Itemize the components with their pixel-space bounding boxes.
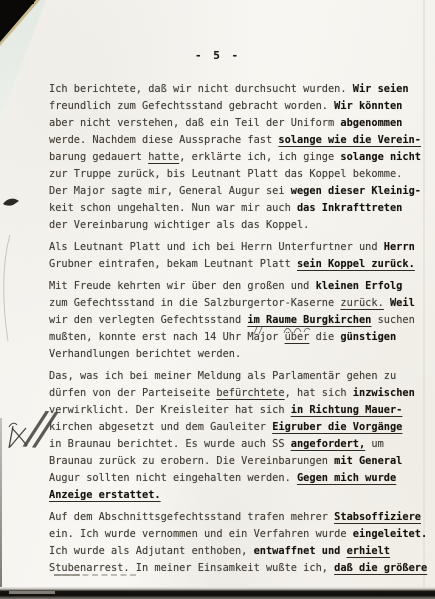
text-line: dürfen von der Parteiseite befürchtete, … xyxy=(49,385,427,402)
scan-left-crease-line xyxy=(0,233,14,343)
text-line: Grubner eintrafen, bekam Leutnant Platt … xyxy=(49,256,427,273)
text-line: zur Truppe zurück, bis Leutnant Platt da… xyxy=(49,166,427,183)
paragraph: Das, was ich bei meiner Meldung als Parl… xyxy=(49,368,427,504)
text-segment: wegen dieser Kleinig- xyxy=(291,185,421,197)
text-segment: barung gedauert xyxy=(49,151,148,163)
text-line: Ich wurde als Adjutant enthoben, entwaff… xyxy=(49,543,427,560)
text-segment: Eigruber die Vorgänge xyxy=(272,421,402,433)
text-block: Ich berichtete, daß wir nicht durchsucht… xyxy=(49,81,427,582)
text-line: kirchen abgesetzt und dem Gauleiter Eigr… xyxy=(49,419,427,436)
text-segment: dürfen von der Parteiseite xyxy=(49,387,216,399)
text-line: Verhandlungen berichtet werden. xyxy=(49,346,427,363)
text-segment: werde. Nachdem diese Aussprache fast xyxy=(49,134,278,146)
paragraph: Mit Freude kehrten wir über den großen u… xyxy=(49,278,427,363)
text-segment: , erklärte ich, ich ginge xyxy=(179,151,340,163)
text-segment: angefordert, xyxy=(291,438,365,450)
text-line: Das, was ich bei meiner Meldung als Parl… xyxy=(49,368,427,385)
text-segment: Stubenarrest. In meiner Einsamkeit wußte… xyxy=(49,562,334,574)
text-line: wir den verlegten Gefechtsstand im Raume… xyxy=(49,312,427,329)
scan-bottom-edge-band xyxy=(0,587,435,599)
text-line: der Vereinbarung wichtiger als das Koppe… xyxy=(49,217,427,234)
text-line: Der Major sagte mir, General Augur sei w… xyxy=(49,183,427,200)
text-segment: Anzeige erstattet. xyxy=(49,489,161,501)
text-segment: Mit Freude kehrten wir über den großen u… xyxy=(49,280,316,292)
text-segment: hatte xyxy=(148,151,179,163)
text-segment: Als Leutnant Platt und ich bei Herrn Unt… xyxy=(49,241,384,253)
text-segment: verwirklicht. Der Kreisleiter hat sich xyxy=(49,404,291,416)
text-segment: sein Koppel zurück. xyxy=(297,258,415,270)
text-segment: suchen xyxy=(371,314,414,326)
text-segment: Ich wurde als Adjutant enthoben, xyxy=(49,545,254,557)
text-segment: wir den verlegten Gefechtsstand xyxy=(49,314,247,326)
text-line: zum Gefechtsstand in die Salzburgertor-K… xyxy=(49,295,427,312)
text-segment: Wir seien xyxy=(353,83,409,95)
text-segment: aber nicht verstehen, daß ein Teil der U… xyxy=(49,117,340,129)
text-segment: abgenommen xyxy=(340,117,402,129)
paragraph: Auf dem Abschnittsgefechtsstand trafen m… xyxy=(49,509,427,577)
text-line: Augur sollten nicht eingehalten werden. … xyxy=(49,470,427,487)
text-segment: Grubner eintrafen, bekam Leutnant Platt xyxy=(49,258,297,270)
paragraph: Als Leutnant Platt und ich bei Herrn Unt… xyxy=(49,239,427,273)
text-segment: mit General xyxy=(334,455,402,467)
text-segment: kirchen abgesetzt und dem Gauleiter xyxy=(49,421,272,433)
text-segment: keit schon ungehalten. Nun war mir auch xyxy=(49,202,297,214)
text-segment: freundlich zum Gefechtsstand gebracht wo… xyxy=(49,100,334,112)
text-line: Ich berichtete, daß wir nicht durchsucht… xyxy=(49,81,427,98)
text-segment: Auf dem Abschnittsgefechtsstand trafen m… xyxy=(49,511,334,523)
text-segment: eingeleitet. xyxy=(353,528,427,540)
text-segment: erhielt xyxy=(347,545,390,557)
text-segment: zur Truppe zurück, bis Leutnant Platt da… xyxy=(49,168,402,180)
text-segment: , hat sich xyxy=(285,387,353,399)
text-line: werde. Nachdem diese Aussprache fast sol… xyxy=(49,132,427,149)
text-segment: in Richtung Mauer- xyxy=(291,404,403,416)
text-line: barung gedauert hatte, erklärte ich, ich… xyxy=(49,149,427,166)
text-segment: Stabsoffiziere xyxy=(334,511,421,523)
text-line: aber nicht verstehen, daß ein Teil der U… xyxy=(49,115,427,132)
text-segment: befürchtete xyxy=(216,387,284,399)
page-number: - 5 - xyxy=(195,49,241,62)
text-line: Mit Freude kehrten wir über den großen u… xyxy=(49,278,427,295)
text-line: Anzeige erstattet. xyxy=(49,487,427,504)
paragraph: Ich berichtete, daß wir nicht durchsucht… xyxy=(49,81,427,234)
text-segment: Verhandlungen berichtet werden. xyxy=(49,348,241,360)
text-segment: Gegen mich wurde xyxy=(297,472,396,484)
text-line: Braunau zurück zu erobern. Die Vereinbar… xyxy=(49,453,427,470)
text-segment: in Braunau berichtet. Es wurde auch SS xyxy=(49,438,291,450)
inline-pencil-annotation xyxy=(250,324,320,337)
text-segment: Weil xyxy=(384,297,415,309)
text-line: keit schon ungehalten. Nun war mir auch … xyxy=(49,200,427,217)
scan-bottom-edge-notch xyxy=(9,591,55,594)
text-segment: daß die größere xyxy=(334,562,427,574)
text-segment: inzwischen xyxy=(353,387,415,399)
text-segment: solange wie die Verein- xyxy=(278,134,421,146)
scan-left-edge-shadow xyxy=(0,418,2,588)
text-segment: kleinen Erfolg xyxy=(316,280,403,292)
text-line: in Braunau berichtet. Es wurde auch SS a… xyxy=(49,436,427,453)
text-segment: Wir könnten xyxy=(334,100,402,112)
margin-pencil-scribble xyxy=(5,410,35,460)
text-segment: zurück. xyxy=(340,297,383,309)
text-line: ein. Ich wurde vernommen und ein Verfahr… xyxy=(49,526,427,543)
text-segment: um xyxy=(365,438,384,450)
text-segment: ein. Ich wurde vernommen und ein Verfahr… xyxy=(49,528,353,540)
text-segment: günstigen xyxy=(340,331,396,343)
scan-top-edge xyxy=(0,0,34,4)
text-segment: Herrn xyxy=(384,241,415,253)
text-line: Als Leutnant Platt und ich bei Herrn Unt… xyxy=(49,239,427,256)
text-segment: Der Major sagte mir, General Augur sei xyxy=(49,185,291,197)
text-line: mußten, konnte erst nach 14 Uhr Major üb… xyxy=(49,329,427,346)
text-segment: zum Gefechtsstand in die Salzburgertor-K… xyxy=(49,297,340,309)
text-segment: solange nicht xyxy=(340,151,421,163)
scanned-document-page: { "document": { "page_number": "- 5 -", … xyxy=(0,0,435,599)
ghost-underline-solid xyxy=(54,574,80,576)
text-line: Auf dem Abschnittsgefechtsstand trafen m… xyxy=(49,509,427,526)
margin-ink-flick-mark xyxy=(2,196,22,208)
text-segment: der Vereinbarung wichtiger als das Koppe… xyxy=(49,219,309,231)
text-segment: Ich berichtete, daß wir nicht durchsucht… xyxy=(49,83,353,95)
text-line: freundlich zum Gefechtsstand gebracht wo… xyxy=(49,98,427,115)
text-segment: Augur sollten nicht eingehalten werden. xyxy=(49,472,297,484)
text-segment: Braunau zurück zu erobern. Die Vereinbar… xyxy=(49,455,334,467)
text-segment: das Inkrafttreten xyxy=(297,202,402,214)
text-segment: Das, was ich bei meiner Meldung als Parl… xyxy=(49,370,396,382)
text-line: verwirklicht. Der Kreisleiter hat sich i… xyxy=(49,402,427,419)
text-segment: entwaffnet und xyxy=(254,545,347,557)
